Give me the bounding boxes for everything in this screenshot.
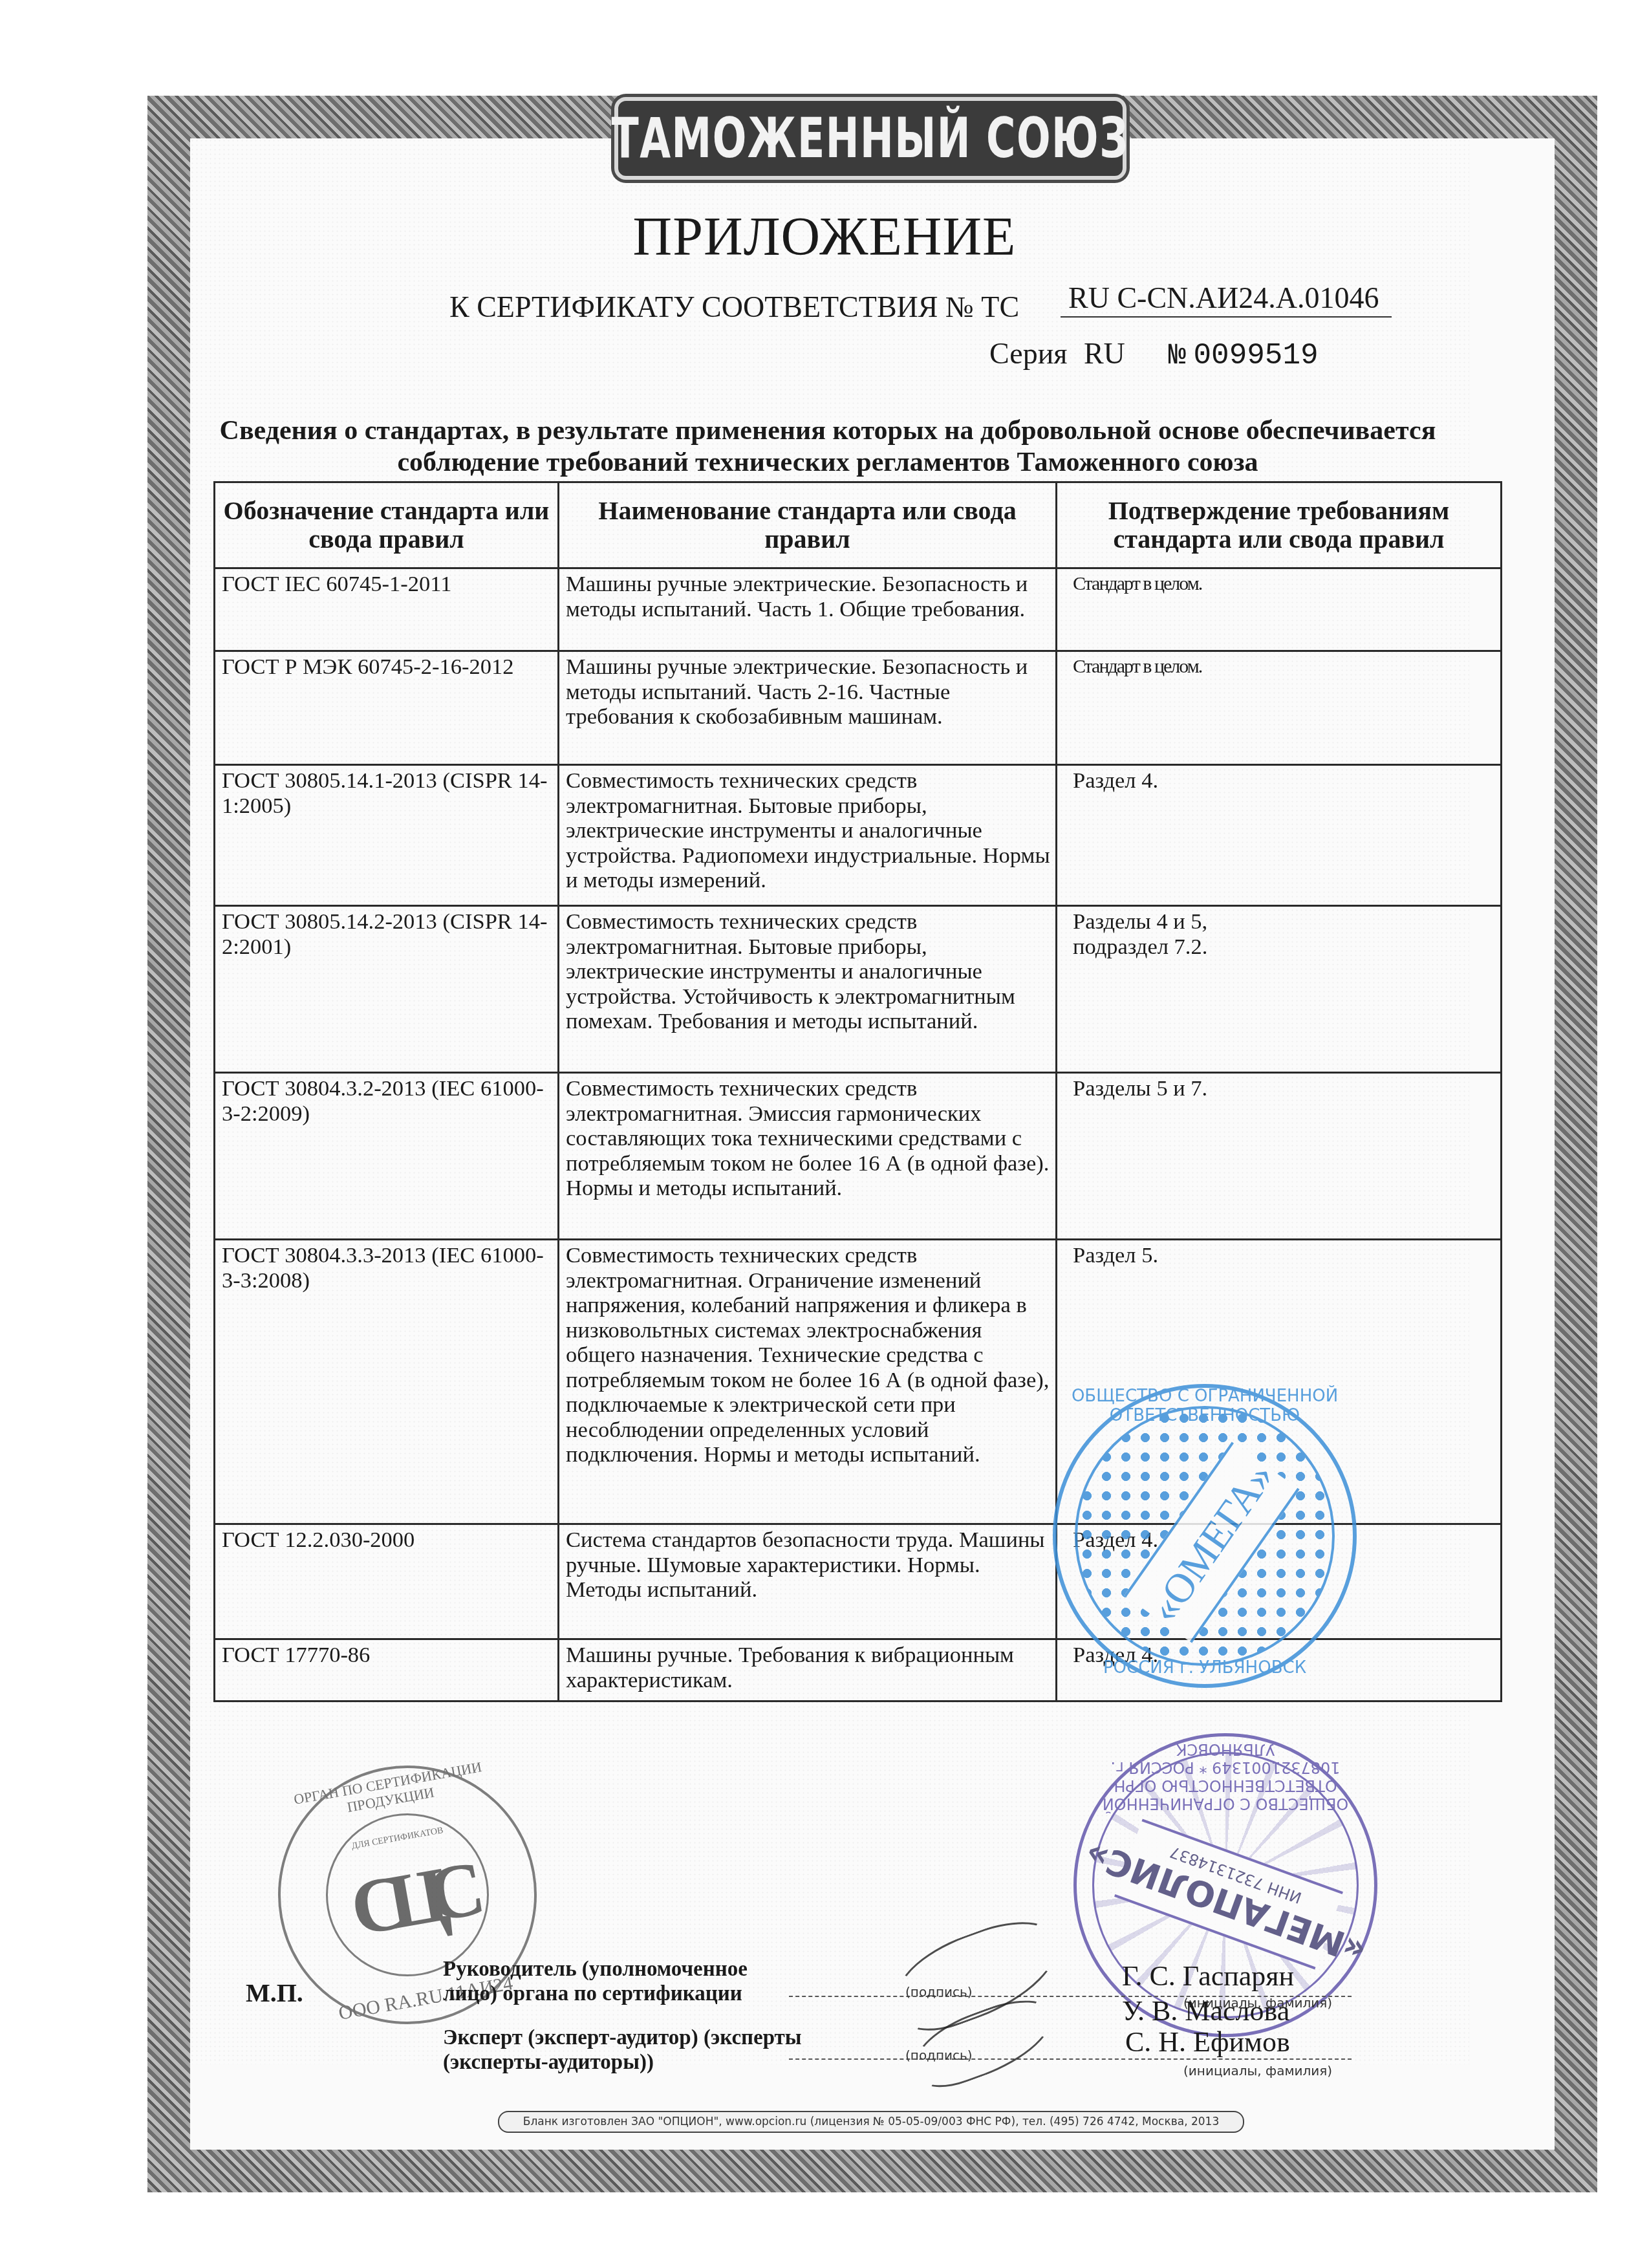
header-name: Наименование стандарта или свода правил [559, 482, 1057, 568]
name-cell: Совместимость технических средств электр… [559, 765, 1057, 906]
designation-cell: ГОСТ Р МЭК 60745-2-16-2012 [215, 651, 559, 765]
confirmation-cell: Стандарт в целом. [1057, 568, 1502, 651]
name-cell: Система стандартов безопасности труда. М… [559, 1524, 1057, 1639]
stamp-center-text: «МЕГАПОЛИС» [1080, 1833, 1372, 1972]
designation-cell: ГОСТ 17770-86 [215, 1639, 559, 1701]
name-cell: Совместимость технических средств электр… [559, 1240, 1057, 1524]
stamp-ring-text: ОБЩЕСТВО С ОГРАНИЧЕННОЙ ОТВЕТСТВЕННОСТЬЮ… [1077, 1740, 1374, 1813]
header-confirmation: Подтверждение требованиям стандарта или … [1057, 482, 1502, 568]
series-label: Серия [989, 337, 1067, 370]
table-row: ГОСТ 30804.3.2-2013 (IEC 61000-3-2:2009)… [215, 1073, 1502, 1240]
confirmation-cell: Стандарт в целом. [1057, 651, 1502, 765]
form-number: 0099519 [1193, 339, 1318, 373]
omega-company-stamp: ОБЩЕСТВО С ОГРАНИЧЕННОЙ ОТВЕТСТВЕННОСТЬЮ… [1053, 1384, 1357, 1688]
header-designation: Обозначение стандарта или свода правил [215, 482, 559, 568]
expert-name-1: У. В. Маслова [1122, 1994, 1289, 2027]
expert-role-label: Эксперт (эксперт-аудитор) (эксперты (экс… [443, 2025, 805, 2075]
designation-cell: ГОСТ IEC 60745-1-2011 [215, 568, 559, 651]
name-caption: (инициалы, фамилия) [1183, 2063, 1332, 2079]
designation-cell: ГОСТ 12.2.030-2000 [215, 1524, 559, 1639]
seal-place-label: М.П. [246, 1978, 303, 2008]
table-row: ГОСТ 30805.14.1-2013 (CISPR 14-1:2005) С… [215, 765, 1502, 906]
form-printer-footer: Бланк изготовлен ЗАО "ОПЦИОН", www.opcio… [498, 2111, 1244, 2133]
stamp-center-text: «ОМЕГА» [1124, 1442, 1299, 1643]
document-title: ПРИЛОЖЕНИЕ [0, 206, 1649, 268]
confirmation-cell: Разделы 4 и 5, подраздел 7.2. [1057, 906, 1502, 1073]
banner-text: ТАМОЖЕННЫЙ СОЮЗ [612, 106, 1129, 171]
designation-cell: ГОСТ 30805.14.1-2013 (CISPR 14-1:2005) [215, 765, 559, 906]
confirmation-cell: Разделы 5 и 7. [1057, 1073, 1502, 1240]
table-header-row: Обозначение стандарта или свода правил Н… [215, 482, 1502, 568]
table-row: ГОСТ IEC 60745-1-2011 Машины ручные элек… [215, 568, 1502, 651]
certificate-number-field: RU C-CN.АИ24.А.01046 [1061, 281, 1392, 318]
form-number-label: № [1168, 339, 1186, 373]
expert-name-2: С. Н. Ефимов [1125, 2025, 1290, 2058]
stamp-ring-text: ОБЩЕСТВО С ОГРАНИЧЕННОЙ ОТВЕТСТВЕННОСТЬЮ [1057, 1387, 1353, 1425]
name-cell: Машины ручные электрические. Безопасност… [559, 568, 1057, 651]
certificate-number: RU C-CN.АИ24.А.01046 [1061, 281, 1392, 318]
standards-intro: Сведения о стандартах, в результате прим… [213, 415, 1442, 479]
series-value: RU [1084, 337, 1125, 370]
designation-cell: ГОСТ 30805.14.2-2013 (CISPR 14-2:2001) [215, 906, 559, 1073]
name-cell: Машины ручные электрические. Безопасност… [559, 651, 1057, 765]
confirmation-cell: Раздел 4. [1057, 765, 1502, 906]
customs-union-banner: ТАМОЖЕННЫЙ СОЮЗ [614, 97, 1126, 180]
stamp-ring-text: РОССИЯ г. УЛЬЯНОВСК [1057, 1658, 1353, 1678]
designation-cell: ГОСТ 30804.3.2-2013 (IEC 61000-3-2:2009) [215, 1073, 559, 1240]
head-name: Г. С. Гаспарян [1122, 1960, 1294, 1993]
name-cell: Совместимость технических средств электр… [559, 1073, 1057, 1240]
table-row: ГОСТ Р МЭК 60745-2-16-2012 Машины ручные… [215, 651, 1502, 765]
name-cell: Машины ручные. Требования к вибрационным… [559, 1639, 1057, 1701]
table-row: ГОСТ 30805.14.2-2013 (CISPR 14-2:2001) С… [215, 906, 1502, 1073]
designation-cell: ГОСТ 30804.3.3-2013 (IEC 61000-3-3:2008) [215, 1240, 559, 1524]
name-cell: Совместимость технических средств электр… [559, 906, 1057, 1073]
head-role-label: Руководитель (уполномоченное лицо) орган… [443, 1957, 779, 2006]
stamp-center: «МЕГАПОЛИС» ИНН 7321314837 [1114, 1819, 1343, 1969]
series-line: Серия RU № 0099519 [989, 336, 1319, 373]
expert-name-line [1128, 2058, 1352, 2060]
certificate-label: К СЕРТИФИКАТУ СООТВЕТСТВИЯ № ТС [449, 290, 1019, 324]
